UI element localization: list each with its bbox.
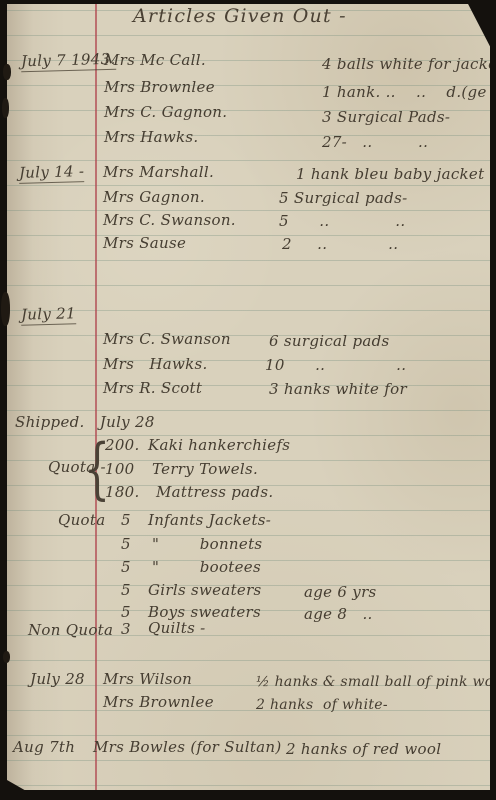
quota-item: Infants Jackets-: [148, 512, 271, 529]
entry-name: Mrs Mc Call.: [104, 52, 206, 69]
section-date-july-28: July 28: [30, 671, 85, 688]
quota-item: Kaki hankerchiefs: [148, 437, 290, 454]
quota-count: 200.: [105, 437, 140, 454]
page-border-left: [0, 0, 7, 800]
entry-name: Mrs Brownlee: [104, 79, 215, 96]
entry-quantity: 27- .. ..: [322, 134, 428, 151]
entry-name: Mrs Wilson: [103, 671, 192, 688]
entry-name: Mrs C. Gagnon.: [104, 104, 227, 121]
non-quota-label: Non Quota: [28, 622, 113, 639]
quota-item: Girls sweaters: [148, 582, 262, 599]
quota-count: 180.: [105, 484, 140, 501]
quota-count: 5: [121, 512, 131, 529]
entry-quantity: 10 .. ..: [265, 357, 406, 374]
quota-count: 5: [121, 536, 131, 553]
entry-name: Mrs Bowles (for Sultan): [93, 739, 282, 756]
edge-smudge: [3, 651, 10, 663]
quota-count: 5: [121, 604, 131, 621]
page-border-right: [490, 0, 496, 800]
entry-quantity: 5 Surgical pads-: [279, 190, 407, 207]
age-note: age 8 ..: [304, 606, 373, 623]
age-note: age 6 yrs: [304, 584, 377, 601]
entry-name: Mrs Hawks.: [104, 129, 198, 146]
edge-smudge: [2, 98, 9, 118]
entry-quantity: ½ hanks & small ball of pink wool.: [256, 674, 496, 690]
page-border-bottom: [0, 790, 496, 800]
page-title: Articles Given Out -: [133, 6, 347, 28]
section-date-july-21: July 21: [21, 305, 76, 326]
quota-item: " bootees: [152, 559, 261, 576]
entry-quantity: 1 hank bleu baby jacket: [296, 166, 484, 183]
entry-quantity: 2 hanks of red wool: [286, 741, 441, 758]
entry-quantity: 5 .. ..: [279, 213, 405, 230]
entry-name: Mrs C. Swanson: [103, 331, 231, 348]
entry-quantity: 2 hanks of white-: [256, 697, 388, 713]
entry-quantity: 3 hanks white for: [269, 381, 407, 398]
entry-quantity: 6 surgical pads: [269, 333, 390, 350]
quota-count: 3: [121, 621, 131, 638]
quota-label: Quota -: [48, 459, 106, 476]
quota-count: 5: [121, 582, 131, 599]
entry-name: Mrs Gagnon.: [103, 189, 205, 206]
entry-name: Mrs R. Scott: [103, 380, 202, 397]
page-border-top: [0, 0, 496, 4]
entry-name: Mrs C. Swanson.: [103, 212, 236, 229]
quota-item: " bonnets: [152, 536, 262, 553]
entry-quantity: 4 balls white for jacke: [322, 56, 496, 73]
shipped-label: Shipped. July 28: [15, 414, 155, 431]
quota-item: Quilts -: [148, 620, 206, 637]
edge-smudge: [3, 64, 11, 80]
entry-name: Mrs Brownlee: [103, 694, 214, 711]
entry-quantity: 3 Surgical Pads-: [322, 109, 450, 126]
entry-name: Mrs Sause: [103, 235, 186, 252]
scanned-ledger-page: Articles Given Out - July 7 1943. Mrs Mc…: [0, 0, 496, 800]
entry-quantity: 1 hank. .. .. d.(ge: [322, 84, 487, 101]
entry-name: Mrs Marshall.: [103, 164, 214, 181]
quota-label: Quota: [58, 512, 105, 529]
entry-quantity: 2 .. ..: [282, 236, 398, 253]
quota-item: Terry Towels.: [152, 461, 258, 478]
entry-name: Mrs Hawks.: [103, 356, 208, 373]
edge-smudge: [1, 292, 10, 326]
section-date-july-7-1943: July 7 1943.: [21, 51, 116, 73]
section-date-aug-7: Aug 7th: [13, 739, 75, 756]
quota-item: Mattress pads.: [156, 484, 273, 501]
quota-count: 5: [121, 559, 131, 576]
quota-count: 100: [105, 461, 135, 478]
red-margin-line: [95, 4, 97, 790]
section-date-july-14: July 14 -: [19, 163, 85, 184]
